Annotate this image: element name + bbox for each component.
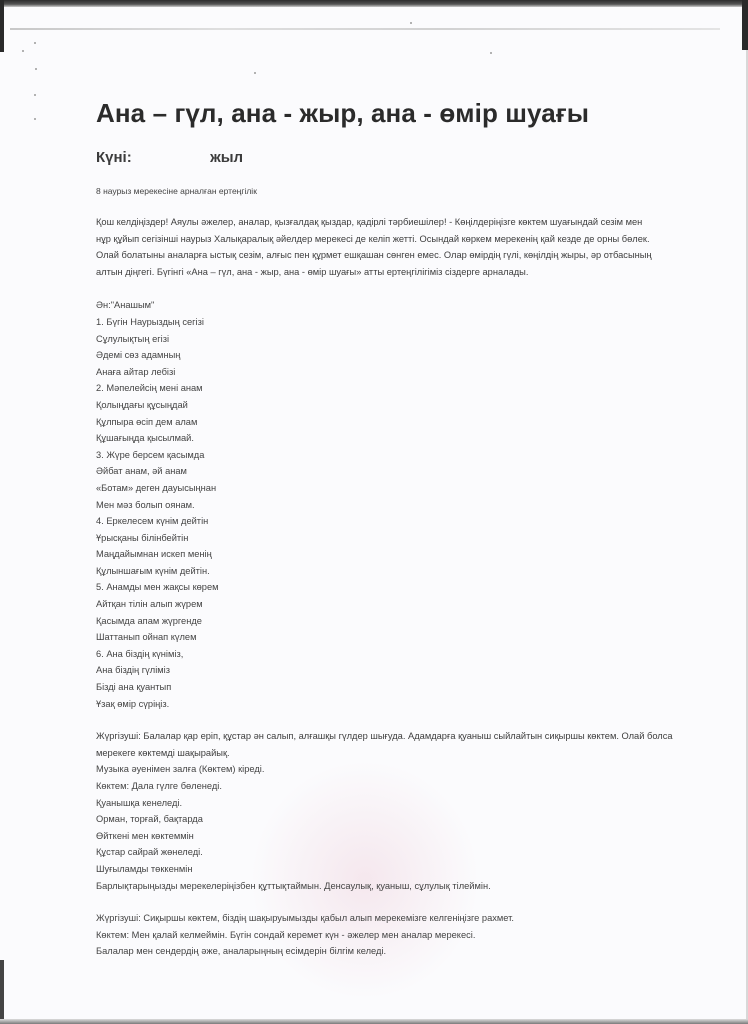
song-line: Сұлулықтың егізі [96, 331, 696, 348]
scene-2: Жүргізуші: Сиқыршы көктем, біздің шақыру… [96, 910, 696, 960]
scene-line: Музыка әуенімен залға (Көктем) кіреді. [96, 761, 676, 778]
song-line: 3. Жүре берсем қасымда [96, 447, 696, 464]
scan-border-right [742, 0, 748, 50]
song-line: Әдемі сөз адамның [96, 347, 696, 364]
song-line: Маңдайымнан искеп менің [96, 546, 696, 563]
song-line: 5. Анамды мен жақсы көрем [96, 579, 696, 596]
document-body: Ана – гүл, ана - жыр, ана - өмір шуағы К… [96, 98, 696, 960]
date-label: Күні: [96, 149, 132, 166]
scene-line: Қуанышқа кенеледі. [96, 795, 676, 812]
song-line: Құшағыңда қысылмай. [96, 430, 696, 447]
scene-line: Жүргізуші: Сиқыршы көктем, біздің шақыру… [96, 910, 696, 927]
song-lines: 1. Бүгін Наурыздың сегізіСұлулықтың егіз… [96, 314, 696, 712]
scan-border-left-lower [0, 960, 4, 1024]
scene-line: Барлықтарыңызды мерекелеріңізбен құттықт… [96, 878, 676, 895]
scene-line: Көктем: Дала гүлге бөленеді. [96, 778, 676, 795]
song-line: Қасымда апам жүргенде [96, 613, 696, 630]
scene-1-intro: Жүргізуші: Балалар қар еріп, құстар ән с… [96, 728, 676, 761]
scan-border-left [0, 0, 4, 52]
intro-paragraph: Қош келдіңіздер! Аяулы әжелер, аналар, қ… [96, 214, 656, 280]
scene-line: Балалар мен сендердің әже, аналарыңның е… [96, 943, 696, 960]
scene-line: Көктем: Мен қалай келмеймін. Бүгін сонда… [96, 927, 696, 944]
scan-speck [34, 94, 36, 96]
scene-2-lines: Жүргізуші: Сиқыршы көктем, біздің шақыру… [96, 910, 696, 960]
scan-speck [254, 72, 256, 74]
scan-speck [34, 118, 36, 120]
song-line: Анаға айтар лебізі [96, 364, 696, 381]
scan-speck [410, 22, 412, 24]
song-line: 6. Ана біздің күніміз, [96, 646, 696, 663]
song-line: Шаттанып ойнап күлем [96, 629, 696, 646]
song-heading: Ән:"Анашым" [96, 297, 696, 314]
scene-line: Құстар сайрай жөнеледі. [96, 844, 676, 861]
scene-line: Орман, торғай, бақтарда [96, 811, 676, 828]
scanned-page: Ана – гүл, ана - жыр, ана - өмір шуағы К… [0, 0, 748, 1024]
event-subtitle: 8 наурыз мерекесіне арналған ертеңгілік [96, 186, 696, 196]
song-line: 2. Мәпелейсің мені анам [96, 380, 696, 397]
scene-line: Шуғыламды төккенмін [96, 861, 676, 878]
song-block: Ән:"Анашым" 1. Бүгін Наурыздың сегізіСұл… [96, 297, 696, 712]
date-row: Күні: жыл [96, 149, 696, 166]
document-title: Ана – гүл, ана - жыр, ана - өмір шуағы [96, 98, 696, 129]
scene-1-lines: Музыка әуенімен залға (Көктем) кіреді.Кө… [96, 761, 676, 894]
song-line: Құлыншағым күнім дейтін. [96, 563, 696, 580]
scan-speck [490, 52, 492, 54]
scan-speck [35, 68, 37, 70]
song-line: Бізді ана қуантып [96, 679, 696, 696]
song-line: Әйбат анам, әй анам [96, 463, 696, 480]
song-line: Құлпыра өсіп дем алам [96, 414, 696, 431]
scan-border-bottom [0, 1019, 748, 1024]
date-suffix: жыл [210, 149, 243, 166]
song-line: Қолыңдағы құсыңдай [96, 397, 696, 414]
scan-speck [22, 50, 24, 52]
scan-border-top [0, 0, 748, 7]
song-line: Мен мәз болып оянам. [96, 497, 696, 514]
song-line: 4. Еркелесем күнім дейтін [96, 513, 696, 530]
song-line: Ұрысқаны білінбейтін [96, 530, 696, 547]
song-line: 1. Бүгін Наурыздың сегізі [96, 314, 696, 331]
song-line: Ана біздің гүліміз [96, 662, 696, 679]
scan-speck [34, 42, 36, 44]
song-line: Айтқан тілін алып жүрем [96, 596, 696, 613]
scene-line: Өйткені мен көктеммін [96, 828, 676, 845]
paper-fold-line [10, 28, 720, 30]
song-line: «Ботам» деген дауысыңнан [96, 480, 696, 497]
song-line: Ұзақ өмір сүріңіз. [96, 696, 696, 713]
scene-1: Жүргізуші: Балалар қар еріп, құстар ән с… [96, 728, 676, 894]
